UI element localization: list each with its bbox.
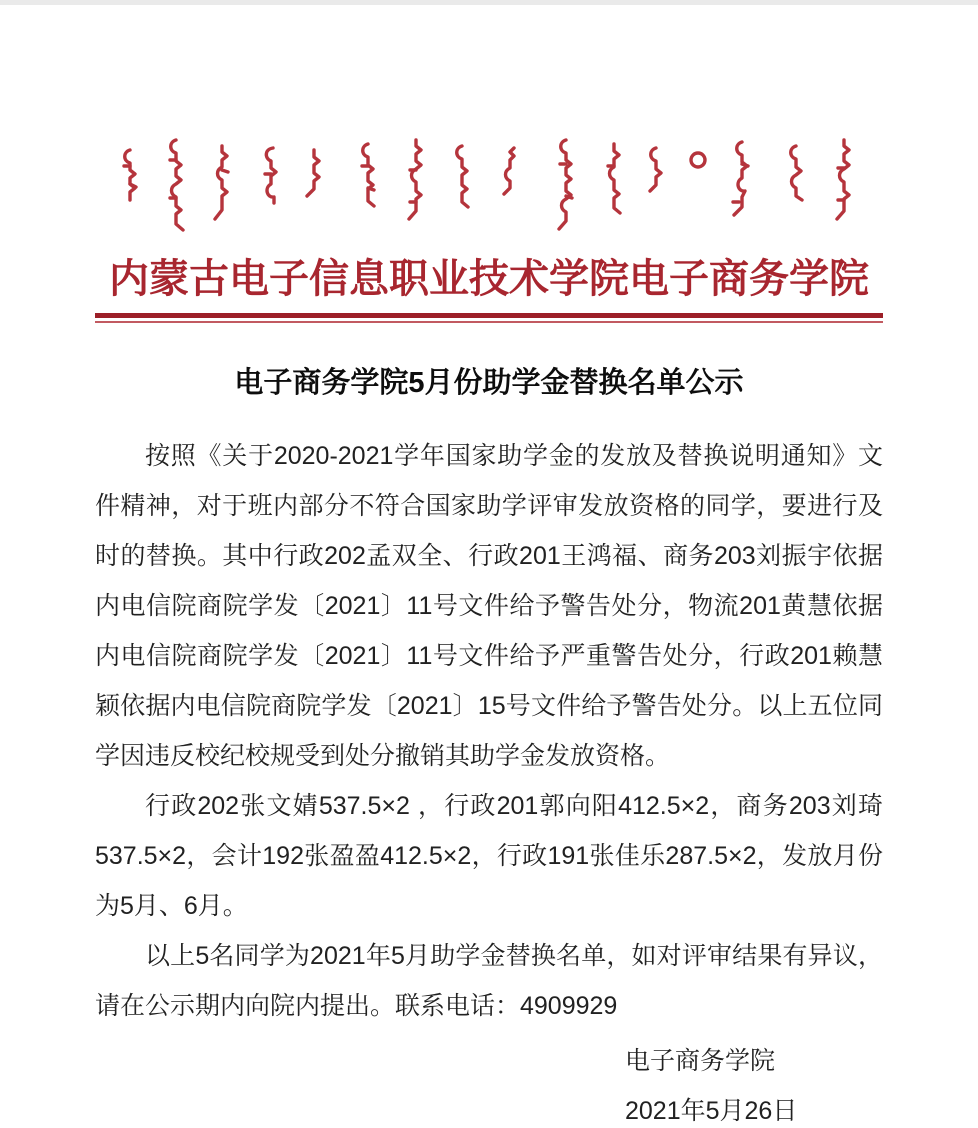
announcement-body: 按照《关于2020-2021学年国家助学金的发放及替换说明通知》文件精神，对于班… <box>95 431 883 1031</box>
mongolian-script-banner <box>95 138 883 238</box>
college-name-letterhead: 内蒙古电子信息职业技术学院电子商务学院 <box>95 247 883 304</box>
signature-block: 电子商务学院 2021年5月26日 <box>625 1036 883 1128</box>
announcement-title: 电子商务学院5月份助学金替换名单公示 <box>95 360 883 401</box>
signature-date: 2021年5月26日 <box>625 1086 883 1128</box>
letterhead-divider-rule <box>95 313 883 323</box>
announcement-page: 内蒙古电子信息职业技术学院电子商务学院 电子商务学院5月份助学金替换名单公示 按… <box>0 0 978 1128</box>
paragraph-publicity-and-contact: 以上5名同学为2021年5月助学金替换名单，如对评审结果有异议，请在公示期内向院… <box>95 931 883 1031</box>
signature-org: 电子商务学院 <box>625 1036 883 1086</box>
paragraph-policy-and-sanctions: 按照《关于2020-2021学年国家助学金的发放及替换说明通知》文件精神，对于班… <box>95 431 883 781</box>
paragraph-replacement-list: 行政202张文婧537.5×2 ，行政201郭向阳412.5×2，商务203刘琦… <box>95 781 883 931</box>
